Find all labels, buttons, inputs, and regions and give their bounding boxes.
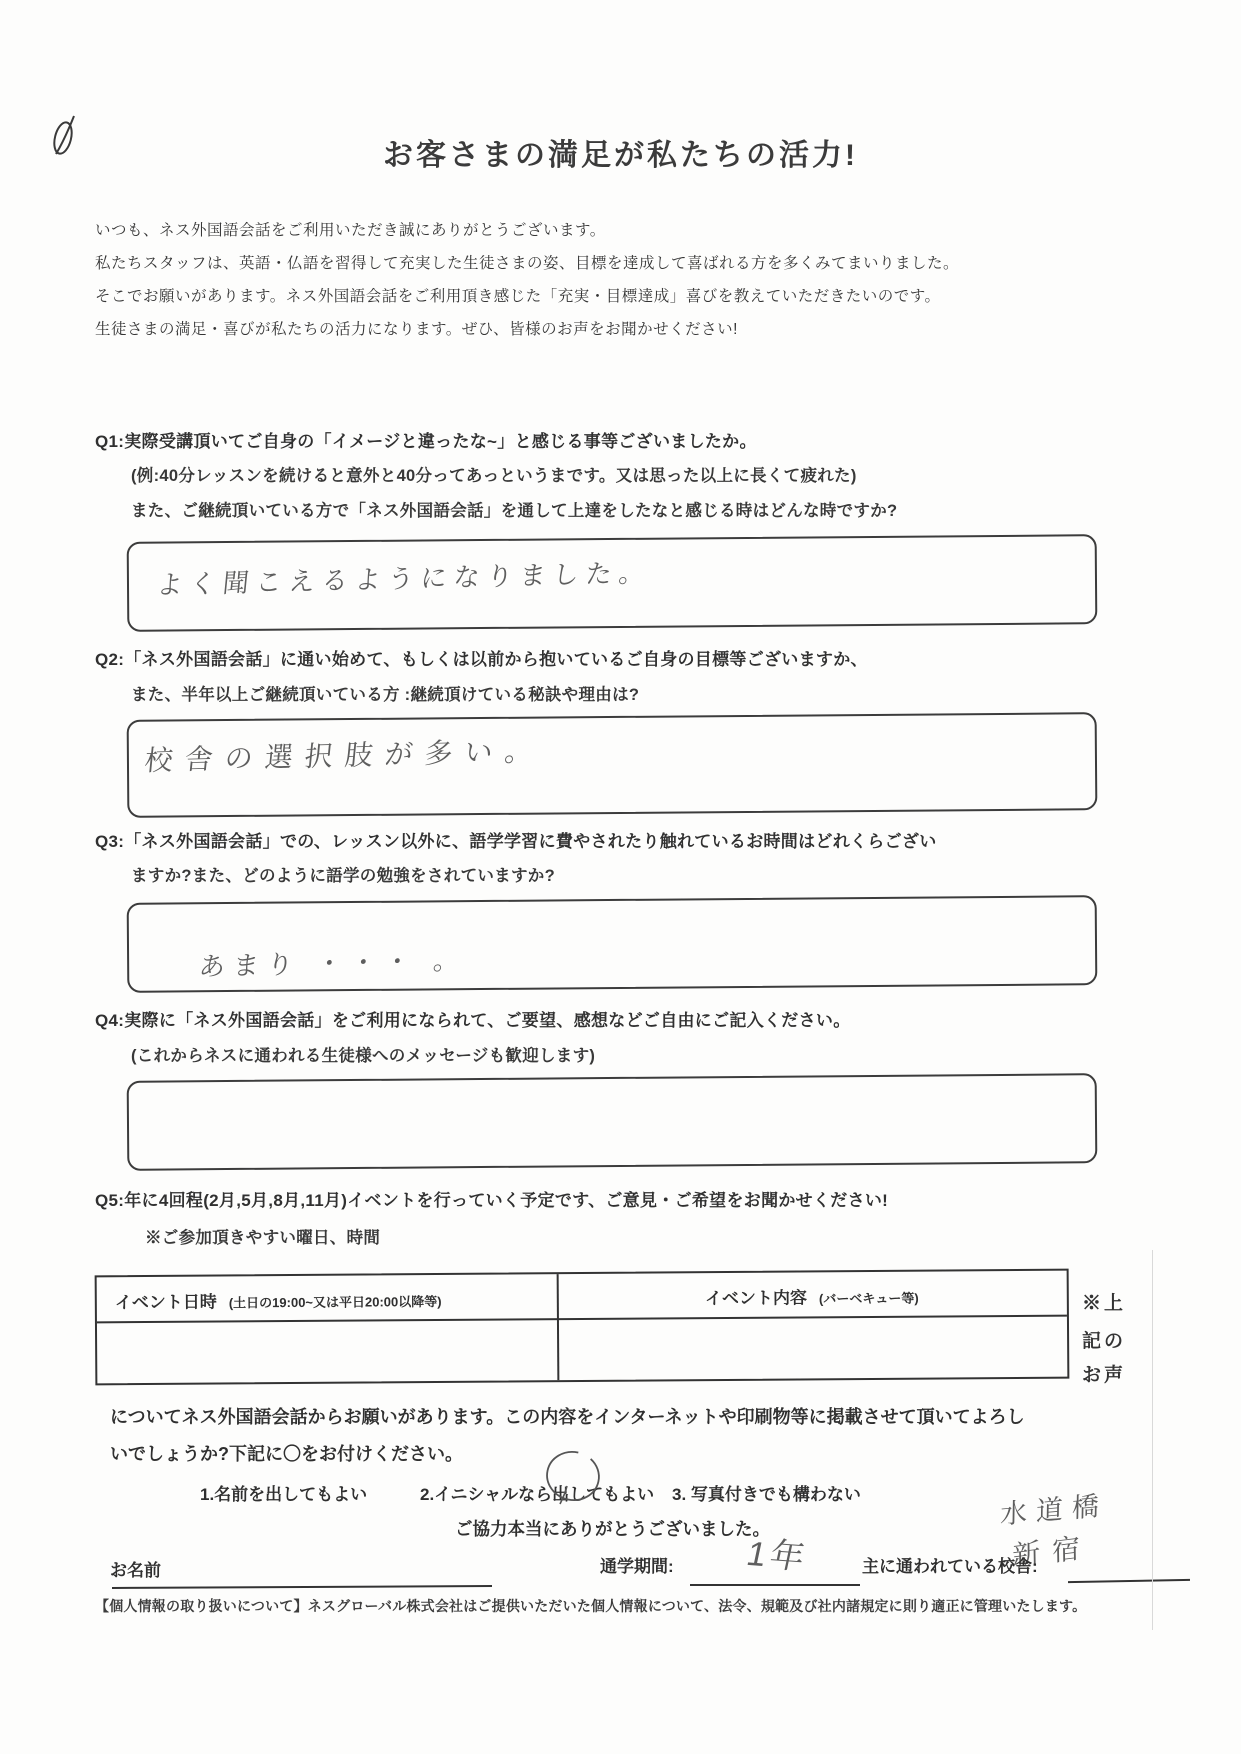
q4-number: Q4:	[95, 1011, 124, 1030]
event-content-note: (バーベキュー等)	[819, 1291, 919, 1307]
question-q5-line2: ※ご参加頂きやすい曜日、時間	[145, 1224, 380, 1248]
intro-line-1: いつも、ネス外国語会話をご利用いただき誠にありがとうございます。	[95, 218, 606, 240]
q3-handwritten-answer: あまり ・・・ 。	[197, 940, 469, 984]
q2-handwritten-answer: 校舎の選択肢が多い。	[143, 729, 547, 779]
name-field-label: お名前	[110, 1556, 161, 1581]
thanks-line: ご協力本当にありがとうございました。	[455, 1516, 770, 1541]
table-header-event-content: イベント内容(バーベキュー等)	[557, 1282, 1067, 1311]
privacy-footer: 【個人情報の取り扱いについて】ネスグローバル株式会社はご提供いただいた個人情報に…	[95, 1596, 1086, 1616]
scanned-survey-page: お客さまの満足が私たちの活力! いつも、ネス外国語会話をご利用いただき誠にありが…	[0, 0, 1241, 1754]
handwritten-circle-mark	[530, 1446, 616, 1510]
question-q5-line1: Q5:年に4回程(2月,5月,8月,11月)イベントを行っていく予定です、ご意見…	[95, 1186, 888, 1211]
q5-number: Q5:	[95, 1191, 124, 1210]
q1-answer-box: よく聞こえるようになりました。	[127, 534, 1098, 632]
q5-text: 年に4回程(2月,5月,8月,11月)イベントを行っていく予定です、ご意見・ご希…	[124, 1191, 888, 1210]
q4-text: 実際に「ネス外国語会話」をご利用になられて、ご要望、感想などご自由にご記入くださ…	[124, 1011, 850, 1030]
q3-answer-box: あまり ・・・ 。	[127, 895, 1098, 993]
intro-line-4: 生徒さまの満足・喜びが私たちの活力になります。ぜひ、皆様のお声をお聞かせください…	[95, 317, 738, 339]
q2-answer-box: 校舎の選択肢が多い。	[127, 712, 1098, 818]
q2-text: 「ネス外国語会話」に通い始めて、もしくは以前から抱いているご自身の目標等ございま…	[124, 650, 868, 669]
event-content-label: イベント内容	[705, 1288, 807, 1308]
intro-line-3: そこでお願いがあります。ネス外国語会話をご利用頂き感じた「充実・目標達成」喜びを…	[95, 284, 941, 306]
school-handwritten-line1: 水道橋	[1000, 1483, 1108, 1532]
event-datetime-label: イベント日時	[115, 1293, 217, 1313]
question-q1-line2: (例:40分レッスンを続けると意外と40分ってあっというまです。又は思った以上に…	[131, 462, 857, 486]
question-q4-line1: Q4:実際に「ネス外国語会話」をご利用になられて、ご要望、感想などご自由にご記入…	[95, 1006, 851, 1031]
q4-answer-box	[127, 1073, 1098, 1171]
period-field-underline	[690, 1584, 860, 1586]
intro-line-2: 私たちスタッフは、英語・仏語を習得して充実した生徒さまの姿、目標を達成して喜ばれ…	[95, 251, 959, 273]
question-q3-line2: ますか?また、どのように語学の勉強をされていますか?	[131, 862, 555, 886]
school-field-label: 主に通われている校舎:	[862, 1552, 1038, 1577]
q3-text: 「ネス外国語会話」での、レッスン以外に、語学学習に費やされたり触れているお時間は…	[124, 832, 936, 851]
question-q3-line1: Q3:「ネス外国語会話」での、レッスン以外に、語学学習に費やされたり触れているお…	[95, 827, 937, 852]
event-datetime-cell-empty	[97, 1320, 557, 1381]
question-q1-line1: Q1:実際受講頂いてご自身の「イメージと違ったな~」と感じる事等ございましたか。	[95, 427, 757, 452]
q3-number: Q3:	[95, 832, 124, 851]
question-q2-line2: また、半年以上ご継続頂いている方 :継続頂けている秘訣や理由は?	[131, 681, 639, 705]
page-title: お客さまの満足が私たちの活力!	[0, 130, 1241, 174]
event-table: イベント日時(土日の19:00~又は平日20:00以降等) イベント内容(バーベ…	[95, 1269, 1070, 1386]
period-field-label: 通学期間:	[600, 1552, 674, 1577]
question-q4-line2: (これからネスに通われる生徒様へのメッセージも歓迎します)	[131, 1042, 595, 1066]
q1-text: 実際受講頂いてご自身の「イメージと違ったな~」と感じる事等ございましたか。	[124, 432, 757, 451]
side-note-line-2: 記の	[1082, 1326, 1126, 1353]
event-datetime-note: (土日の19:00~又は平日20:00以降等)	[229, 1294, 442, 1310]
table-header-event-datetime: イベント日時(土日の19:00~又は平日20:00以降等)	[115, 1286, 442, 1313]
consent-line-2: いでしょうか?下記に〇をお付けください。	[110, 1440, 463, 1466]
q2-number: Q2:	[95, 650, 124, 669]
q1-handwritten-answer: よく聞こえるようになりました。	[155, 552, 653, 602]
consent-option-1: 1.名前を出してもよい	[200, 1480, 367, 1505]
event-content-cell-empty	[559, 1317, 1067, 1379]
consent-line-1: についてネス外国語会話からお願いがあります。この内容をインターネットや印刷物等に…	[110, 1403, 1025, 1429]
question-q1-line3: また、ご継続頂いている方で「ネス外国語会話」を通して上達をしたなと感じる時はどん…	[131, 497, 897, 521]
q1-number: Q1:	[95, 432, 124, 451]
question-q2-line1: Q2:「ネス外国語会話」に通い始めて、もしくは以前から抱いているご自身の目標等ご…	[95, 645, 868, 670]
school-field-underline	[1068, 1579, 1190, 1583]
name-field-underline	[112, 1585, 492, 1589]
scan-artifact-line	[1152, 1250, 1153, 1630]
period-handwritten-value: 1年	[743, 1526, 814, 1579]
side-note-line-3: お声	[1082, 1360, 1126, 1387]
side-note-line-1: ※上	[1082, 1288, 1126, 1315]
consent-option-3: 3. 写真付きでも構わない	[672, 1480, 861, 1505]
